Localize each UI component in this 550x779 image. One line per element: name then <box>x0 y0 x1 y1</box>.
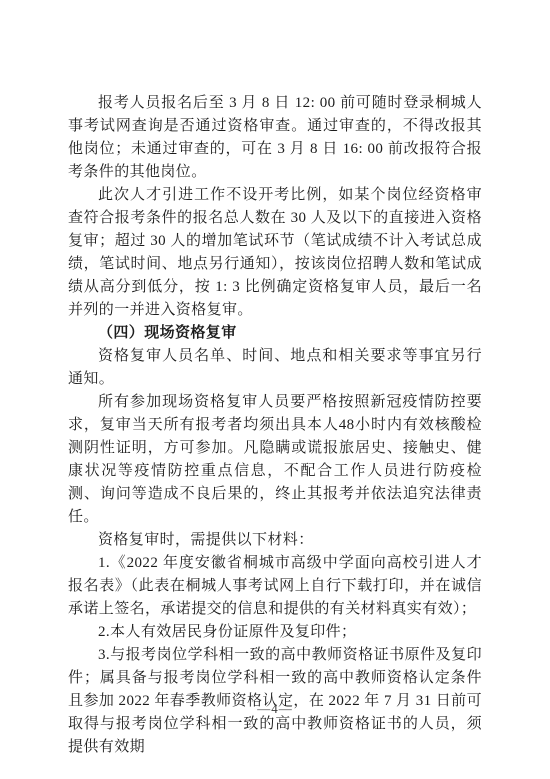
document-body: 报考人员报名后至 3 月 8 日 12: 00 前可随时登录桐城人事考试网查询是… <box>68 92 482 759</box>
paragraph-registration-query: 报考人员报名后至 3 月 8 日 12: 00 前可随时登录桐城人事考试网查询是… <box>68 92 482 184</box>
paragraph-material-1-application-form: 1.《2022 年度安徽省桐城市高级中学面向高校引进人才报名表》（此表在桐城人事… <box>68 552 482 621</box>
page-number: —4— <box>0 701 550 717</box>
paragraph-covid-requirements: 所有参加现场资格复审人员要严格按照新冠疫情防控要求，复审当天所有报考者均须出具本… <box>68 391 482 529</box>
paragraph-material-2-id-card: 2.本人有效居民身份证原件及复印件； <box>68 621 482 644</box>
document-page: 报考人员报名后至 3 月 8 日 12: 00 前可随时登录桐城人事考试网查询是… <box>0 0 550 779</box>
section-heading-onsite-review: （四）现场资格复审 <box>68 322 482 345</box>
paragraph-materials-intro: 资格复审时，需提供以下材料： <box>68 529 482 552</box>
paragraph-review-notice: 资格复审人员名单、时间、地点和相关要求等事宜另行通知。 <box>68 345 482 391</box>
paragraph-exam-ratio: 此次人才引进工作不设开考比例，如某个岗位经资格审查符合报考条件的报名总人数在 3… <box>68 184 482 322</box>
